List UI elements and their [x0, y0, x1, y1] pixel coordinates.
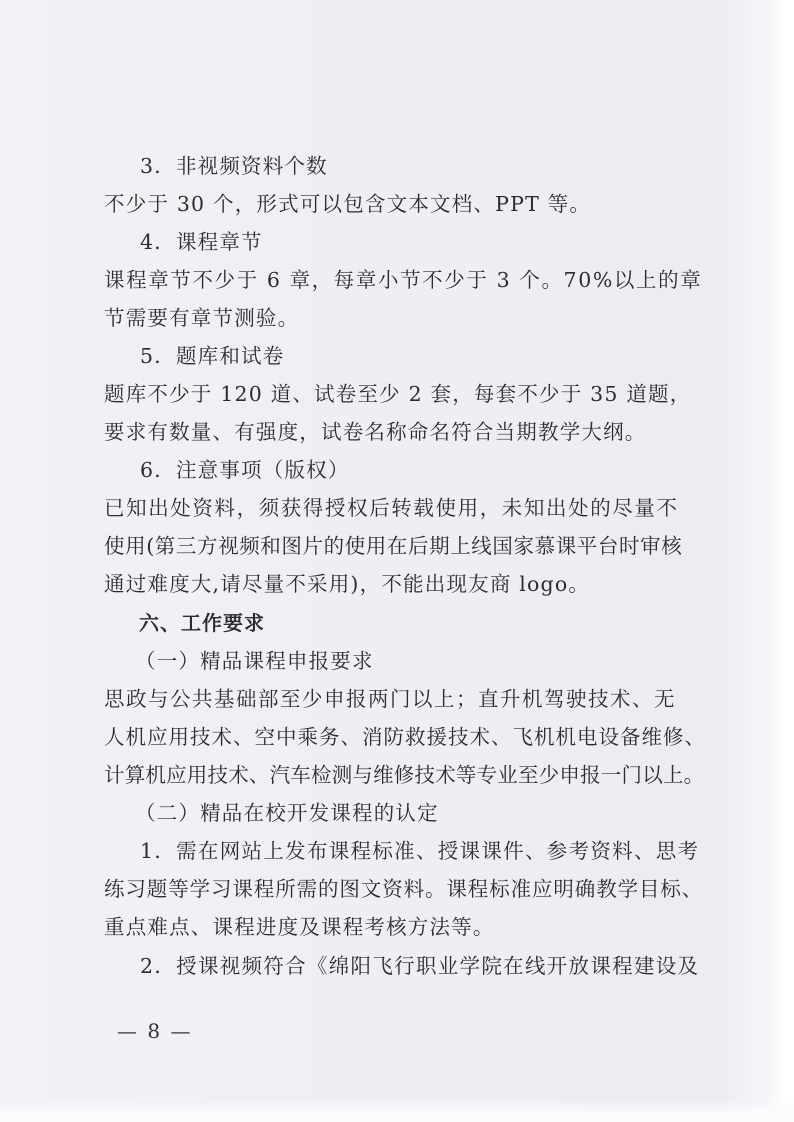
paragraph-line: 人机应用技术、空中乘务、消防救援技术、飞机机电设备维修、	[104, 724, 706, 750]
paragraph-line: 不少于 30 个，形式可以包含文本文档、PPT 等。	[104, 191, 591, 217]
paragraph-line: 课程章节不少于 6 章，每章小节不少于 3 个。70%以上的章	[104, 267, 702, 293]
item-heading-non-video-materials: 3．非视频资料个数	[140, 153, 328, 179]
paragraph-line: 节需要有章节测验。	[104, 305, 299, 331]
paragraph-line: 使用(第三方视频和图片的使用在后期上线国家慕课平台时审核	[104, 533, 682, 559]
paragraph-line: 练习题等学习课程所需的图文资料。课程标准应明确教学目标、	[104, 876, 703, 902]
document-page: 3．非视频资料个数 不少于 30 个，形式可以包含文本文档、PPT 等。 4．课…	[0, 0, 794, 1122]
item-heading-question-bank: 5．题库和试卷	[140, 343, 284, 369]
paragraph-line: 1．需在网站上发布课程标准、授课课件、参考资料、思考	[140, 838, 699, 864]
paragraph-line: 要求有数量、有强度，试卷名称命名符合当期教学大纲。	[104, 419, 647, 445]
paragraph-line: 重点难点、课程进度及课程考核方法等。	[104, 914, 495, 940]
subsection-heading-course-accreditation: （二）精品在校开发课程的认定	[135, 800, 439, 826]
subsection-heading-application-requirements: （一）精品课程申报要求	[135, 648, 374, 674]
paragraph-line: 题库不少于 120 道、试卷至少 2 套，每套不少于 35 道题，	[104, 381, 691, 407]
paragraph-line: 已知出处资料，须获得授权后转载使用，未知出处的尽量不	[104, 495, 679, 521]
paragraph-line: 2．授课视频符合《绵阳飞行职业学院在线开放课程建设及	[140, 953, 699, 979]
paragraph-line: 思政与公共基础部至少申报两门以上；直升机驾驶技术、无	[104, 686, 676, 712]
section-heading-work-requirements: 六、工作要求	[139, 610, 265, 636]
paragraph-line: 通过难度大,请尽量不采用)，不能出现友商 logo。	[104, 571, 590, 597]
page-number: — 8 —	[117, 1018, 192, 1044]
paragraph-line: 计算机应用技术、汽车检测与维修技术等专业至少申报一门以上。	[104, 762, 704, 788]
item-heading-course-chapters: 4．课程章节	[140, 229, 263, 255]
item-heading-copyright-notes: 6．注意事项（版权）	[140, 457, 350, 483]
